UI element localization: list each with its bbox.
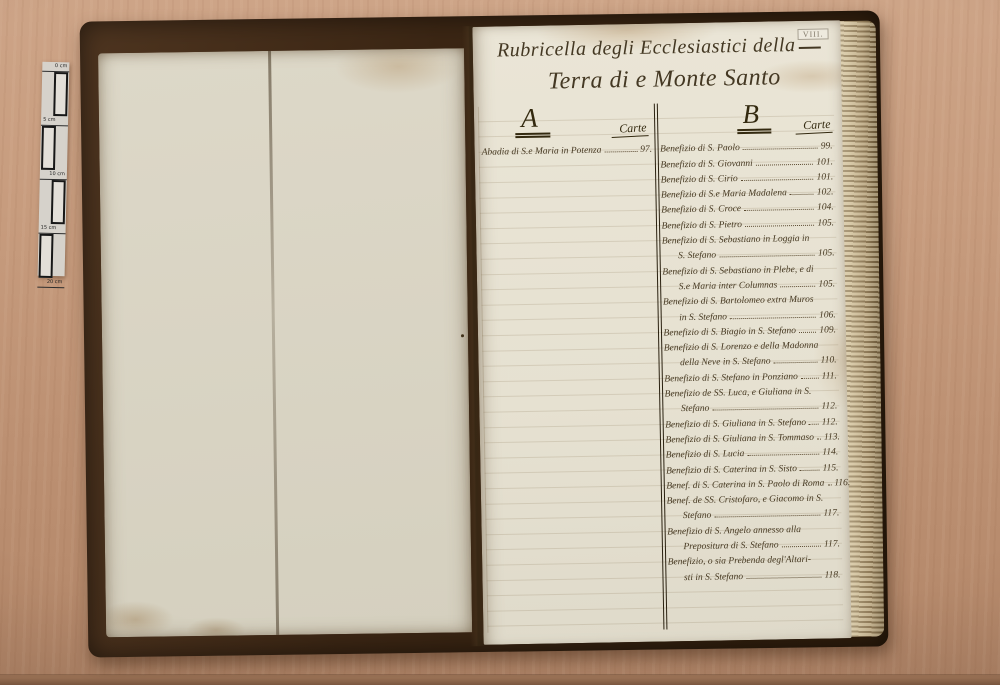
column-b-header: B Carte bbox=[662, 100, 834, 139]
index-title-line2: Terra di e Monte Santo bbox=[513, 64, 815, 97]
entry-dot-leader bbox=[801, 377, 819, 378]
scale-block bbox=[51, 180, 66, 224]
entry-dot-leader bbox=[712, 408, 818, 411]
scale-block bbox=[39, 234, 54, 278]
entry-page-number: 102. bbox=[817, 188, 834, 198]
photo-of-manuscript: 0 cm 5 cm 10 cm 15 cm 20 cm VIII. Rubric… bbox=[0, 0, 1000, 685]
carte-header-b: Carte bbox=[794, 117, 832, 135]
entry-text: Benefizio di S. Paolo bbox=[660, 143, 740, 154]
entry-page-number: 109. bbox=[819, 325, 836, 335]
index-entry: Benef. di S. Caterina in S. Paolo di Rom… bbox=[666, 473, 839, 491]
index-entry: sti in S. Stefano 118. bbox=[668, 565, 841, 583]
photographic-scale-bar: 0 cm 5 cm 10 cm 15 cm 20 cm bbox=[38, 62, 70, 277]
entry-text: Benefizio di S. Pietro bbox=[661, 220, 742, 231]
entry-page-number: 105. bbox=[817, 218, 834, 228]
index-entry: Benefizio de SS. Luca, e Giuliana in S. bbox=[664, 381, 837, 399]
entry-text: della Neve in S. Stefano bbox=[680, 357, 771, 369]
entry-dot-leader bbox=[604, 151, 637, 153]
entry-dot-leader bbox=[827, 484, 831, 485]
entry-text: Benefizio di S. Giovanni bbox=[660, 158, 753, 170]
column-a: A Carte Abadia di S.e Maria in Potenza 9… bbox=[479, 104, 667, 633]
index-entry: Benefizio di S. Sebastiano in Plebe, e d… bbox=[662, 259, 835, 277]
entry-text: S.e Maria inter Columnas bbox=[679, 280, 778, 292]
scale-label-0cm: 0 cm bbox=[42, 62, 69, 73]
entry-text: Prepositura di S. Stefano bbox=[683, 540, 778, 552]
index-entry: Benefizio di S. Bartolomeo extra Muros bbox=[663, 289, 836, 307]
entry-page-number: 101. bbox=[816, 172, 833, 182]
index-entry: Benefizio di S. Lorenzo e della Madonna bbox=[664, 335, 837, 353]
scale-label-15cm: 15 cm bbox=[39, 224, 66, 235]
index-page: VIII. Rubricella degli Ecclesiastici del… bbox=[472, 20, 851, 645]
carte-header-a: Carte bbox=[611, 120, 649, 138]
entry-dot-leader bbox=[719, 255, 815, 258]
entry-page-number: 116. bbox=[834, 478, 850, 488]
index-columns: A Carte Abadia di S.e Maria in Potenza 9… bbox=[478, 100, 844, 632]
entry-dot-leader bbox=[817, 439, 821, 440]
entry-dot-leader bbox=[780, 286, 815, 288]
entry-page-number: 101. bbox=[816, 157, 833, 167]
entry-page-number: 111. bbox=[822, 371, 837, 381]
index-entry: Abadia di S.e Maria in Potenza 97. bbox=[481, 140, 652, 158]
stitch-hole bbox=[461, 334, 464, 337]
entry-page-number: 114. bbox=[822, 448, 838, 458]
entry-dot-leader bbox=[800, 469, 820, 470]
entry-text: Stefano bbox=[683, 511, 712, 522]
scale-block bbox=[53, 72, 68, 116]
entry-page-number: 106. bbox=[819, 310, 836, 320]
entry-page-number: 110. bbox=[821, 356, 837, 366]
scale-label-20cm: 20 cm bbox=[37, 278, 64, 289]
entry-dot-leader bbox=[746, 576, 821, 578]
entry-text: S. Stefano bbox=[678, 251, 716, 262]
entry-dot-leader bbox=[730, 316, 816, 319]
index-title-line1: Rubricella degli Ecclesiastici della bbox=[481, 33, 837, 63]
entry-page-number: 105. bbox=[818, 279, 835, 289]
entry-page-number: 99. bbox=[821, 142, 833, 152]
column-b: B Carte Benefizio di S. Paolo 99. Benefi… bbox=[657, 100, 843, 629]
title-flourish bbox=[799, 47, 821, 49]
entry-page-number: 104. bbox=[817, 203, 834, 213]
table-edge-shadow bbox=[0, 674, 1000, 685]
entry-dot-leader bbox=[747, 454, 819, 456]
blank-left-page bbox=[98, 48, 472, 637]
column-a-entries: Abadia di S.e Maria in Potenza 97. bbox=[481, 140, 652, 158]
entry-page-number: 97. bbox=[640, 145, 652, 155]
column-letter-b: B bbox=[736, 98, 771, 134]
entry-dot-leader bbox=[743, 148, 818, 150]
entry-page-number: 112. bbox=[822, 417, 838, 427]
entry-text: Benefizio di S. Croce bbox=[661, 205, 741, 216]
page-crease bbox=[268, 51, 279, 635]
entry-dot-leader bbox=[714, 515, 820, 518]
index-entry: Benefizio di S. Giuliana in S. Tommaso 1… bbox=[665, 427, 838, 445]
entry-page-number: 117. bbox=[823, 509, 839, 519]
scale-label-10cm: 10 cm bbox=[40, 170, 67, 181]
entry-dot-leader bbox=[745, 224, 814, 226]
index-title-line1-text: Rubricella degli Ecclesiastici della bbox=[497, 34, 796, 61]
entry-text: Benefizio di S. Cirio bbox=[661, 174, 738, 185]
entry-dot-leader bbox=[790, 194, 814, 195]
column-b-entries: Benefizio di S. Paolo 99. Benefizio di S… bbox=[660, 136, 841, 583]
column-letter-a: A bbox=[515, 103, 550, 139]
entry-page-number: 105. bbox=[818, 249, 835, 259]
entry-text: in S. Stefano bbox=[679, 312, 727, 323]
index-entry: Benef. de SS. Cristofaro, e Giacomo in S… bbox=[666, 488, 839, 506]
entry-dot-leader bbox=[756, 163, 814, 165]
column-a-header: A Carte bbox=[479, 104, 651, 143]
entry-dot-leader bbox=[741, 179, 814, 181]
entry-dot-leader bbox=[774, 362, 818, 364]
entry-dot-leader bbox=[782, 546, 821, 548]
open-manuscript-book: VIII. Rubricella degli Ecclesiastici del… bbox=[80, 10, 889, 657]
entry-page-number: 113. bbox=[824, 432, 840, 442]
entry-text: Abadia di S.e Maria in Potenza bbox=[482, 146, 602, 158]
entry-dot-leader bbox=[809, 423, 819, 424]
entry-page-number: 112. bbox=[821, 402, 837, 412]
entry-page-number: 118. bbox=[824, 570, 840, 580]
entry-text: Benefizio di S. Lucia bbox=[666, 449, 745, 460]
scale-block bbox=[41, 126, 56, 170]
entry-dot-leader bbox=[799, 332, 816, 333]
entry-page-number: 115. bbox=[822, 463, 838, 473]
entry-dot-leader bbox=[744, 209, 814, 211]
entry-page-number: 117. bbox=[824, 539, 840, 549]
index-entry: Benefizio di S. Sebastiano in Loggia in bbox=[662, 228, 835, 246]
scale-label-5cm: 5 cm bbox=[41, 116, 68, 127]
entry-text: sti in S. Stefano bbox=[684, 572, 743, 583]
entry-text: Stefano bbox=[681, 404, 710, 415]
